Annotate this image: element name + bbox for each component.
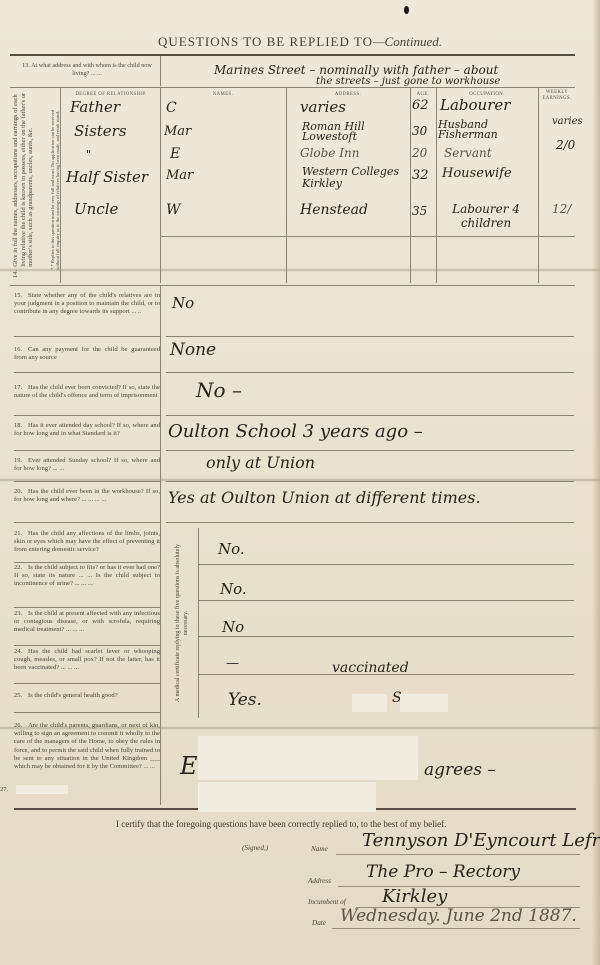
redaction	[400, 694, 448, 712]
answer-26-initial: E	[180, 752, 198, 780]
redaction	[198, 736, 418, 780]
answer-20: Yes at Oulton Union at different times.	[168, 488, 481, 507]
signature-address: The Pro – Rectory	[366, 862, 520, 882]
question-21: 21.Has the child any affections of the l…	[14, 530, 160, 555]
question-13: 13. At what address and with whom is the…	[14, 62, 160, 78]
question-14: 14. Give in full the names, addresses, o…	[12, 88, 35, 278]
page-title: QUESTIONS TO BE REPLIED TO—Continued.	[0, 34, 600, 50]
certification-statement: I certify that the foregoing questions h…	[116, 819, 446, 829]
signature-date: Wednesday. June 2nd 1887.	[340, 906, 577, 926]
paper-edge	[592, 0, 600, 965]
top-rule	[10, 54, 575, 56]
question-17: 17.Has the child ever been convicted? If…	[14, 384, 160, 400]
signed-label: (Signed,)	[242, 844, 268, 852]
answer-15: No	[172, 294, 194, 312]
column-header-address: ADDRESS.	[286, 92, 410, 97]
answer-24: —	[226, 656, 239, 671]
answer-23: No	[222, 618, 244, 636]
answer-21: No.	[218, 540, 245, 558]
question-25: 25.Is the child's general health good?	[14, 692, 160, 700]
question-15: 15.State whether any of the child's rela…	[14, 292, 160, 317]
question-24: 24.Has the child had scarlet fever or wh…	[14, 648, 160, 673]
question-19: 19.Ever attended Sunday school? If so, w…	[14, 457, 160, 473]
answer-18: Oulton School 3 years ago –	[168, 421, 423, 442]
date-label: Date	[312, 919, 326, 927]
question-26: 26.Are the child's parents, guardians, o…	[14, 722, 160, 771]
address-label: Address	[308, 877, 331, 885]
answer-22: No.	[220, 580, 247, 598]
question-22: 22.Is the child subject to fits? or has …	[14, 564, 160, 589]
signature-name: Tennyson D'Eyncourt Lefroe.	[362, 830, 600, 851]
column-header-relationship: DEGREE OF RELATIONSHIP.	[62, 92, 160, 97]
signature-incumbent: Kirkley	[382, 886, 447, 907]
medical-certificate-note: A medical certificate replying to these …	[174, 538, 190, 708]
question-20: 20.Has the child ever been in the workho…	[14, 488, 160, 504]
column-header-weekly-earnings: WEEKLY EARNINGS.	[540, 90, 574, 102]
paper-fold	[0, 268, 600, 272]
column-header-age: AGE.	[410, 92, 436, 97]
question-27-number: 27.	[0, 786, 14, 794]
answer-26: agrees –	[424, 760, 496, 780]
answer-19: only at Union	[206, 453, 315, 472]
incumbent-label: Incumbent of	[308, 898, 346, 906]
questionnaire-page: QUESTIONS TO BE REPLIED TO—Continued. 13…	[0, 0, 600, 965]
redaction	[16, 785, 68, 794]
column-header-names: NAMES.	[160, 92, 286, 97]
ink-blot	[404, 6, 409, 14]
question-16: 16.Can any payment for the child be guar…	[14, 346, 160, 362]
answer-25: Yes.	[228, 690, 262, 710]
answer-13-line1: Marines Street – nominally with father –…	[214, 63, 498, 77]
redaction	[352, 694, 387, 712]
question-18: 18.Has it ever attended day school? If s…	[14, 422, 160, 438]
name-label: Name	[311, 845, 328, 853]
answer-17: No –	[196, 378, 242, 402]
redaction	[198, 782, 376, 812]
answer-13-line2: the streets – just gone to workhouse	[316, 76, 500, 87]
question-23: 23.Is the child at present affected with…	[14, 610, 160, 635]
answer-16: None	[170, 340, 216, 360]
